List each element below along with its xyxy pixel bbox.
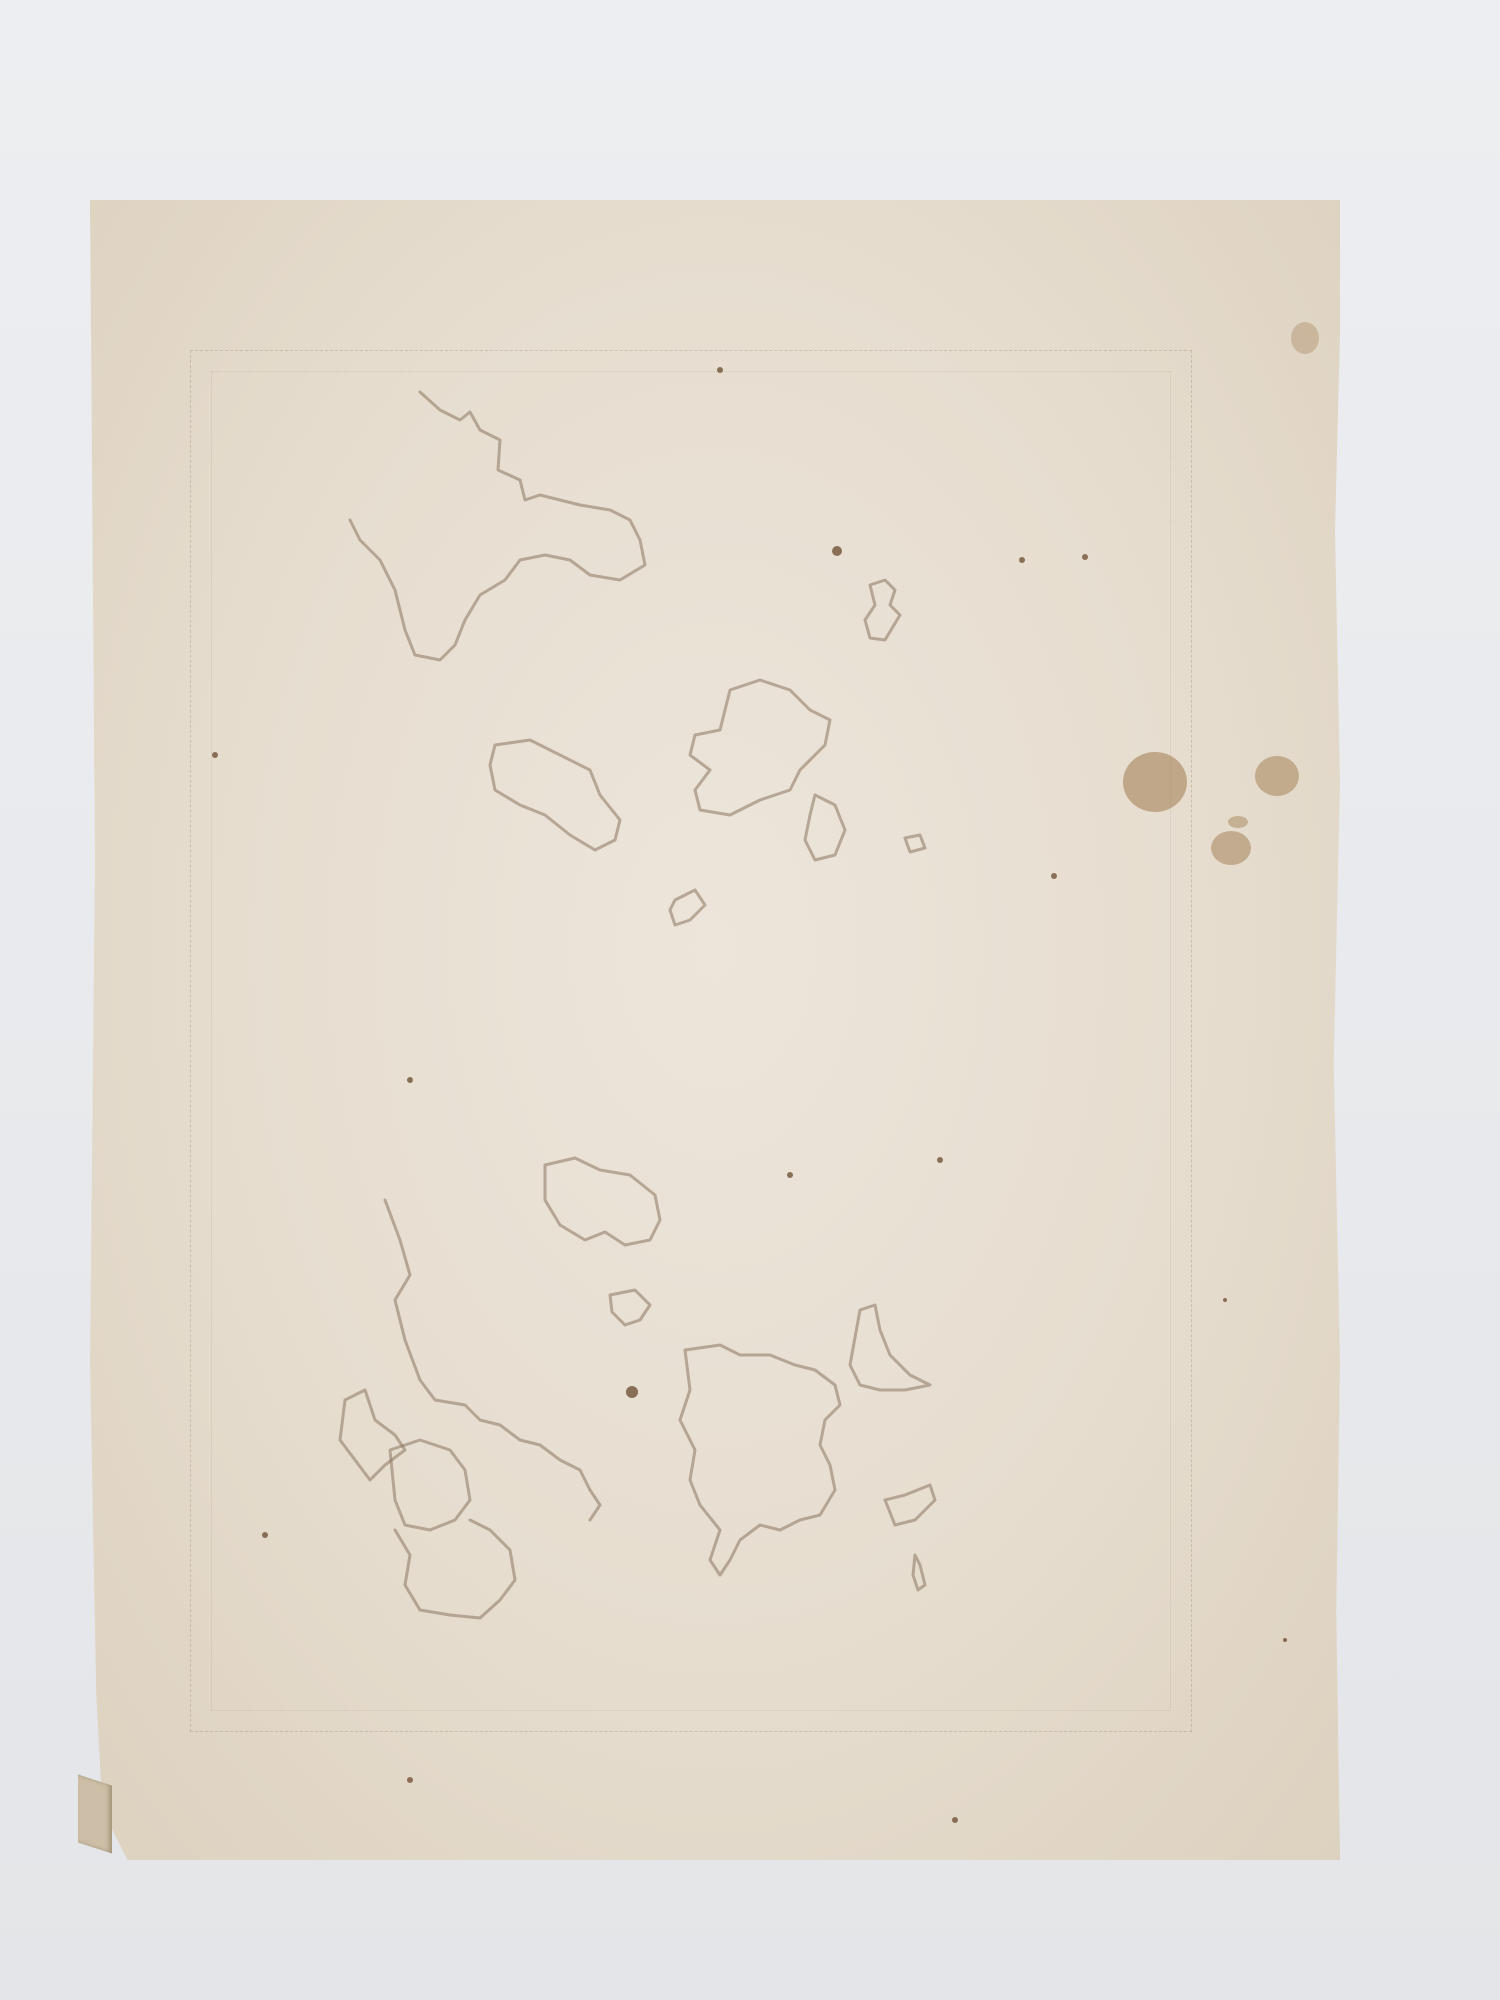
showthrough-island-4 <box>805 795 845 860</box>
showthrough-island-12 <box>885 1485 935 1525</box>
foxing-spot <box>262 1532 268 1538</box>
foxing-spot <box>407 1777 413 1783</box>
showthrough-island-8 <box>610 1290 650 1325</box>
water-stain-medium <box>1255 756 1299 796</box>
water-stain-edge <box>1291 322 1319 354</box>
foxing-spot <box>1283 1638 1287 1642</box>
showthrough-coastline-2 <box>385 1200 600 1520</box>
showthrough-island-2 <box>690 680 830 815</box>
showthrough-island-10 <box>395 1520 515 1618</box>
water-stain-small <box>1211 831 1251 865</box>
foxing-spot <box>1082 554 1088 560</box>
showthrough-coastline-1 <box>350 392 645 660</box>
foxing-spot <box>626 1386 638 1398</box>
showthrough-coastline-3 <box>340 1390 405 1480</box>
showthrough-island-11 <box>850 1305 930 1390</box>
foxing-spot <box>212 752 218 758</box>
foxing-spot <box>407 1077 413 1083</box>
photo-scene <box>0 0 1500 2000</box>
showthrough-island-13 <box>913 1555 925 1590</box>
showthrough-and-stains <box>0 0 1500 2000</box>
showthrough-island-7 <box>545 1158 660 1245</box>
foxing-spot <box>937 1157 943 1163</box>
showthrough-coastline-4 <box>680 1345 840 1575</box>
foxing-spot <box>1019 557 1025 563</box>
foxing-spot <box>1223 1298 1227 1302</box>
water-stain-large <box>1123 752 1187 812</box>
showthrough-island-3 <box>490 740 620 850</box>
foxing-spot <box>832 546 842 556</box>
foxing-spot <box>717 367 723 373</box>
showthrough-island-6 <box>905 835 925 852</box>
showthrough-island-5 <box>670 890 705 925</box>
foxing-spot <box>787 1172 793 1178</box>
water-stain-tiny <box>1228 816 1248 828</box>
showthrough-island-1 <box>865 580 900 640</box>
foxing-spot <box>1051 873 1057 879</box>
foxing-spot <box>952 1817 958 1823</box>
